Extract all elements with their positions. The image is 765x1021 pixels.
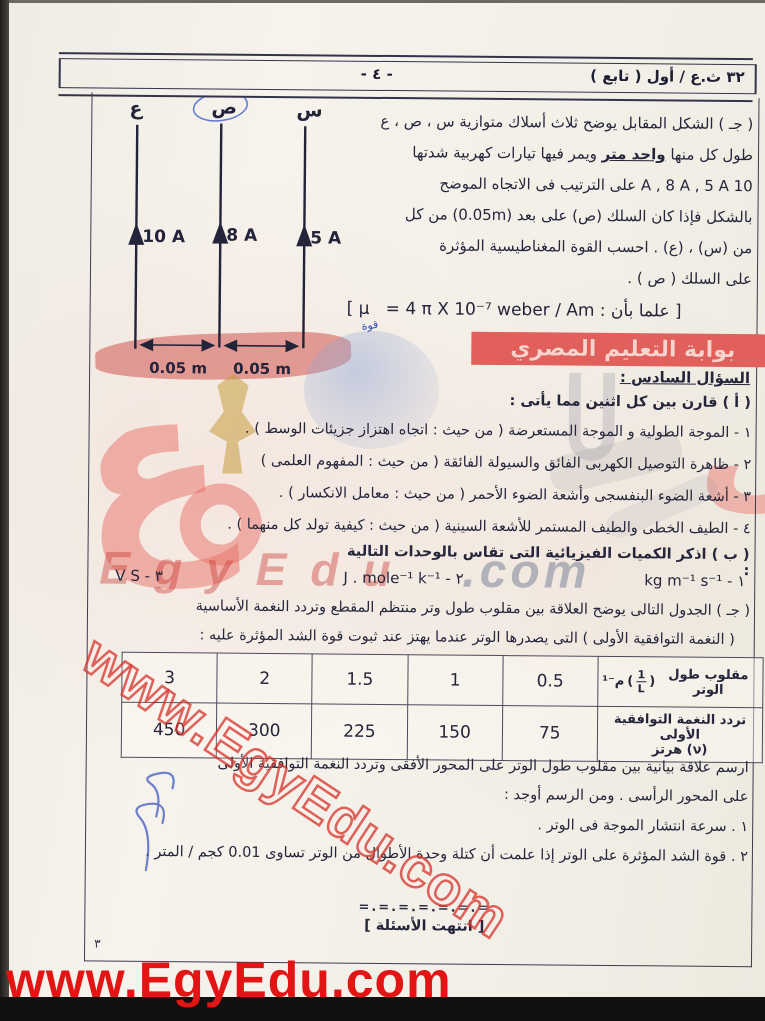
page-number: ٣ — [94, 936, 101, 950]
wire-label-ain: ع — [129, 98, 143, 120]
row1-header-cell: مقلوب طول الوتر ( 1 L ) م⁻¹ — [598, 656, 764, 707]
scan-top-edge — [0, 0, 765, 3]
page-marker: - ٤ - — [361, 65, 393, 83]
unit-item-2: ٢ - J . mole⁻¹ k⁻¹ — [343, 569, 463, 588]
unit-1-value: kg m⁻¹ s⁻¹ — [644, 571, 722, 590]
unit-item-3: ٣ - V S — [115, 567, 163, 585]
question-c-line2: طول كل منها واحد متر ويمر فيها تيارات كه… — [346, 142, 753, 166]
unit-3-value: V S — [115, 567, 140, 585]
current-label-10A: 10 A — [142, 227, 186, 247]
row1-unit: م⁻¹ — [602, 674, 624, 689]
row1-value-2: 1.5 — [312, 654, 408, 705]
pen-annotation-mu: قوة — [361, 318, 379, 333]
exam-code: ٣٢ ث.ع / أول ( تابع ) — [590, 67, 745, 86]
mu-constant-formula: [ μ = 4 π X 10⁻⁷ weber / Am : علما بأن ] — [347, 299, 682, 322]
row1-label-text: مقلوب طول الوتر — [658, 667, 758, 698]
unit-2-number: ٢ - — [445, 570, 463, 588]
scan-left-edge — [0, 0, 9, 1021]
question-c-line5: من (س) ، (ع) . احسب القوة المغناطيسية ال… — [345, 235, 752, 259]
egyedu-portal-banner: بوابة التعليم المصري — [471, 332, 765, 368]
current-label-8A: 8 A — [226, 226, 258, 246]
row2-value-2: 225 — [312, 704, 408, 760]
paren-open: ( — [649, 674, 655, 689]
footer-url-watermark: www.EgyEdu.com — [6, 951, 452, 1009]
distance-label-1: 0.05 m — [149, 359, 207, 378]
part-a-intro: ( أ ) قارن بين كل اثنين مما يأتى : — [429, 392, 751, 411]
wire-label-seen: س — [296, 99, 322, 121]
parallel-wires-diagram: ع ص س 10 A 8 A 5 A 0.05 — [97, 96, 362, 390]
question-c-line6: على السلك ( ص ) . — [345, 266, 752, 290]
paper-sheet: ع ل EgyEdu .com ٣٢ ث.ع / أول ( تابع ) - … — [8, 3, 765, 997]
row2-label-line2: (ν) هرتز — [602, 741, 758, 757]
fraction-numerator: 1 — [637, 669, 645, 680]
scanned-exam-page: ع ل EgyEdu .com ٣٢ ث.ع / أول ( تابع ) - … — [0, 0, 765, 1021]
row2-value-1: 150 — [407, 705, 503, 761]
questions-ended-note: [ انتهت الأسئلة ] — [299, 917, 549, 935]
row1-value-3: 2 — [217, 653, 313, 704]
row2-header-cell: تردد النغمة التوافقية الأولى (ν) هرتز — [597, 706, 763, 762]
line2-underlined: واحد متر — [602, 145, 666, 164]
paren-close: ) — [627, 674, 633, 689]
banner-text: بوابة التعليم المصري — [510, 336, 735, 363]
one-over-L-fraction: 1 L — [636, 669, 646, 694]
question-c-line1: ( جـ ) الشكل المقابل يوضح ثلاث أسلاك متو… — [346, 111, 753, 135]
question-c-line3: 10 A , 8 A , 5 A على الترتيب فى الاتجاه … — [346, 173, 753, 197]
page-header-inner: ٣٢ ث.ع / أول ( تابع ) - ٤ - — [59, 58, 757, 94]
current-label-5A: 5 A — [310, 228, 342, 248]
row1-value-1: 1 — [407, 655, 503, 706]
unit-item-1: ١ - kg m⁻¹ s⁻¹ — [644, 571, 745, 590]
fraction-denominator: L — [638, 683, 645, 694]
wire-label-sad: ص — [211, 96, 237, 118]
row2-value-0: 75 — [502, 706, 598, 762]
line2-pre: طول كل منها — [666, 145, 754, 164]
row2-label-line1: تردد النغمة التوافقية الأولى — [602, 711, 758, 742]
unit-1-number: ١ - — [727, 572, 745, 590]
question-six-title: السؤال السادس : — [604, 368, 750, 387]
unit-2-value: J . mole⁻¹ k⁻¹ — [343, 569, 440, 588]
row1-value-0: 0.5 — [502, 656, 598, 707]
distance-label-2: 0.05 m — [233, 360, 291, 379]
line2-post: ويمر فيها تيارات كهربية شدتها — [412, 143, 602, 163]
question-c-line4: بالشكل فإذا كان السلك (ص) على بعد (0.05m… — [345, 204, 752, 228]
unit-3-number: ٣ - — [145, 567, 163, 585]
